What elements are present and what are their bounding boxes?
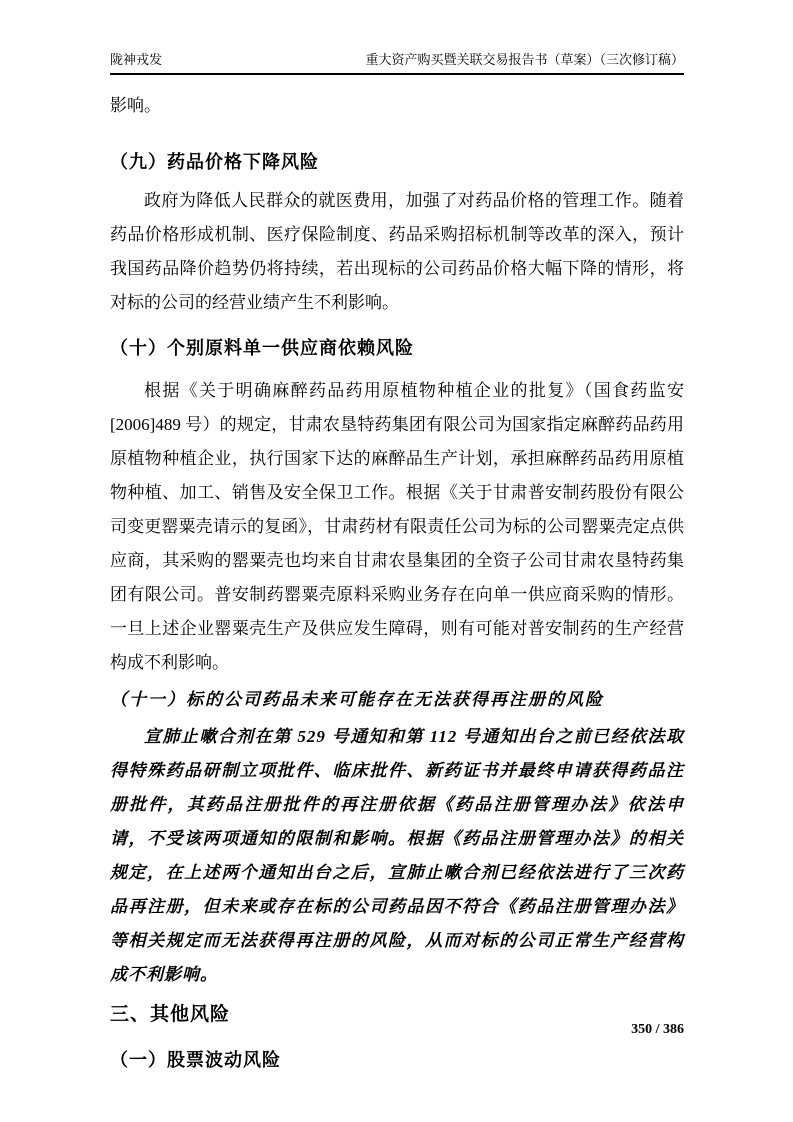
- header-company-name: 陇神戎发: [110, 52, 162, 68]
- section-10-heading: （十）个别原料单一供应商依赖风险: [110, 334, 684, 362]
- document-page: 陇神戎发 重大资产购买暨关联交易报告书（草案）（三次修订稿） 影响。 （九）药品…: [0, 0, 793, 1122]
- page-header: 陇神戎发 重大资产购买暨关联交易报告书（草案）（三次修订稿）: [110, 52, 684, 75]
- section-11-paragraph: 宣肺止嗽合剂在第 529 号通知和第 112 号通知出台之前已经依法取得特殊药品…: [110, 720, 684, 992]
- chapter-3-section-1-heading: （一）股票波动风险: [110, 1046, 684, 1074]
- section-9-paragraph: 政府为降低人民群众的就医费用，加强了对药品价格的管理工作。随着药品价格形成机制、…: [110, 184, 684, 320]
- section-9-heading: （九）药品价格下降风险: [110, 148, 684, 176]
- section-11-heading: （十一）标的公司药品未来可能存在无法获得再注册的风险: [110, 686, 684, 714]
- chapter-3-heading: 三、其他风险: [110, 1000, 684, 1030]
- header-report-title: 重大资产购买暨关联交易报告书（草案）（三次修订稿）: [365, 52, 684, 68]
- section-10-paragraph: 根据《关于明确麻醉药品药用原植物种植企业的批复》（国食药监安[2006]489 …: [110, 374, 684, 680]
- paragraph-continuation: 影响。: [110, 89, 684, 123]
- page-number: 350 / 386: [631, 1022, 684, 1038]
